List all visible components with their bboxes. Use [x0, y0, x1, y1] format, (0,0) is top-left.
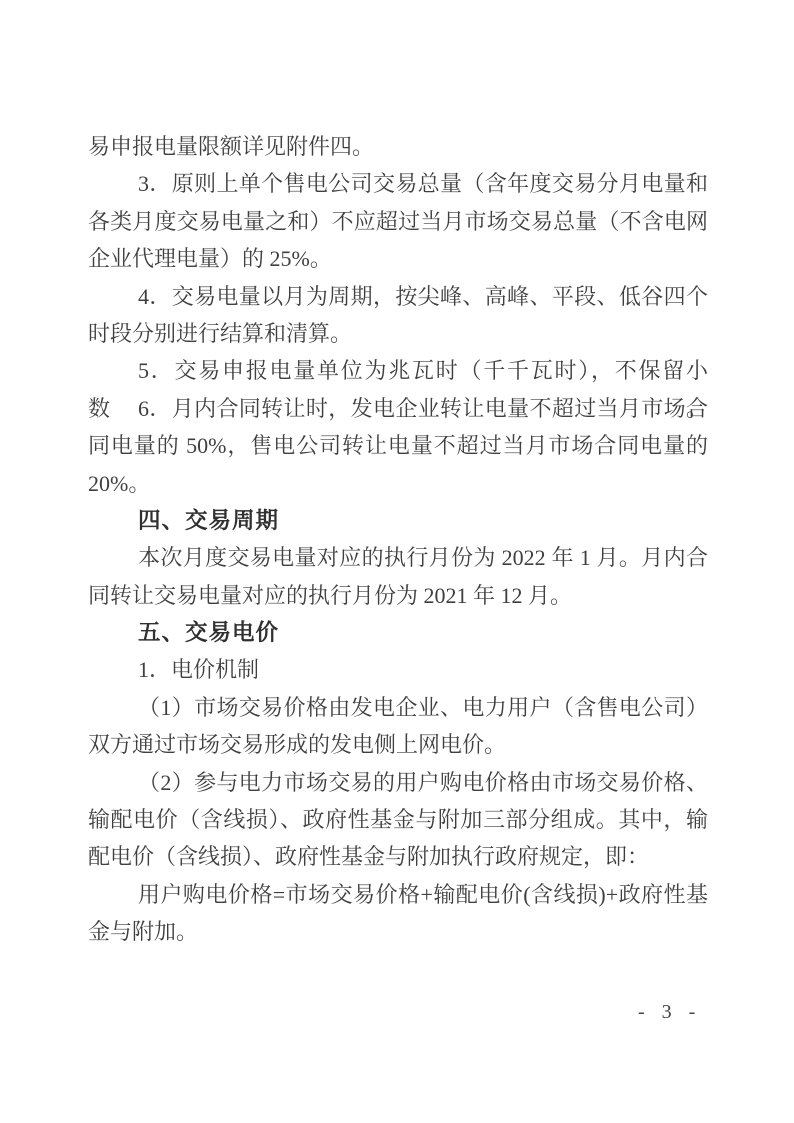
body-line: 易申报电量限额详见附件四。: [88, 128, 708, 165]
document-page: 易申报电量限额详见附件四。 3．原则上单个售电公司交易总量（含年度交易分月电量和…: [0, 0, 794, 1123]
list-item-paren-1: （1）市场交易价格由发电企业、电力用户（含售电公司）: [88, 689, 708, 726]
list-item-3: 3．原则上单个售电公司交易总量（含年度交易分月电量和: [88, 165, 708, 202]
list-item-5: 5．交易申报电量单位为兆瓦时（千千瓦时），不保留小数。: [88, 352, 708, 389]
heading-section-5: 五、交易电价: [88, 614, 708, 651]
page-number: - 3 -: [638, 1000, 758, 1024]
body-line: 本次月度交易电量对应的执行月份为 2022 年 1 月。月内合: [88, 539, 708, 576]
document-body: 易申报电量限额详见附件四。 3．原则上单个售电公司交易总量（含年度交易分月电量和…: [88, 128, 708, 951]
body-line: 同转让交易电量对应的执行月份为 2021 年 12 月。: [88, 577, 708, 614]
list-item-6: 6．月内合同转让时，发电企业转让电量不超过当月市场合: [88, 390, 708, 427]
body-line: 双方通过市场交易形成的发电侧上网电价。: [88, 726, 708, 763]
body-line: 同电量的 50%，售电公司转让电量不超过当月市场合同电量的: [88, 427, 708, 464]
body-line: 企业代理电量）的 25%。: [88, 240, 708, 277]
body-line: 20%。: [88, 465, 708, 502]
list-item-4: 4．交易电量以月为周期，按尖峰、高峰、平段、低谷四个: [88, 278, 708, 315]
body-line: 时段分别进行结算和清算。: [88, 315, 708, 352]
heading-section-4: 四、交易周期: [88, 502, 708, 539]
sub-heading-1: 1．电价机制: [88, 651, 708, 688]
formula-line: 用户购电价格=市场交易价格+输配电价(含线损)+政府性基: [88, 876, 708, 913]
body-line: 各类月度交易电量之和）不应超过当月市场交易总量（不含电网: [88, 203, 708, 240]
formula-line: 金与附加。: [88, 913, 708, 950]
list-item-paren-2: （2）参与电力市场交易的用户购电价格由市场交易价格、: [88, 764, 708, 801]
body-line: 输配电价（含线损）、政府性基金与附加三部分组成。其中，输: [88, 801, 708, 838]
body-line: 配电价（含线损）、政府性基金与附加执行政府规定，即：: [88, 838, 708, 875]
